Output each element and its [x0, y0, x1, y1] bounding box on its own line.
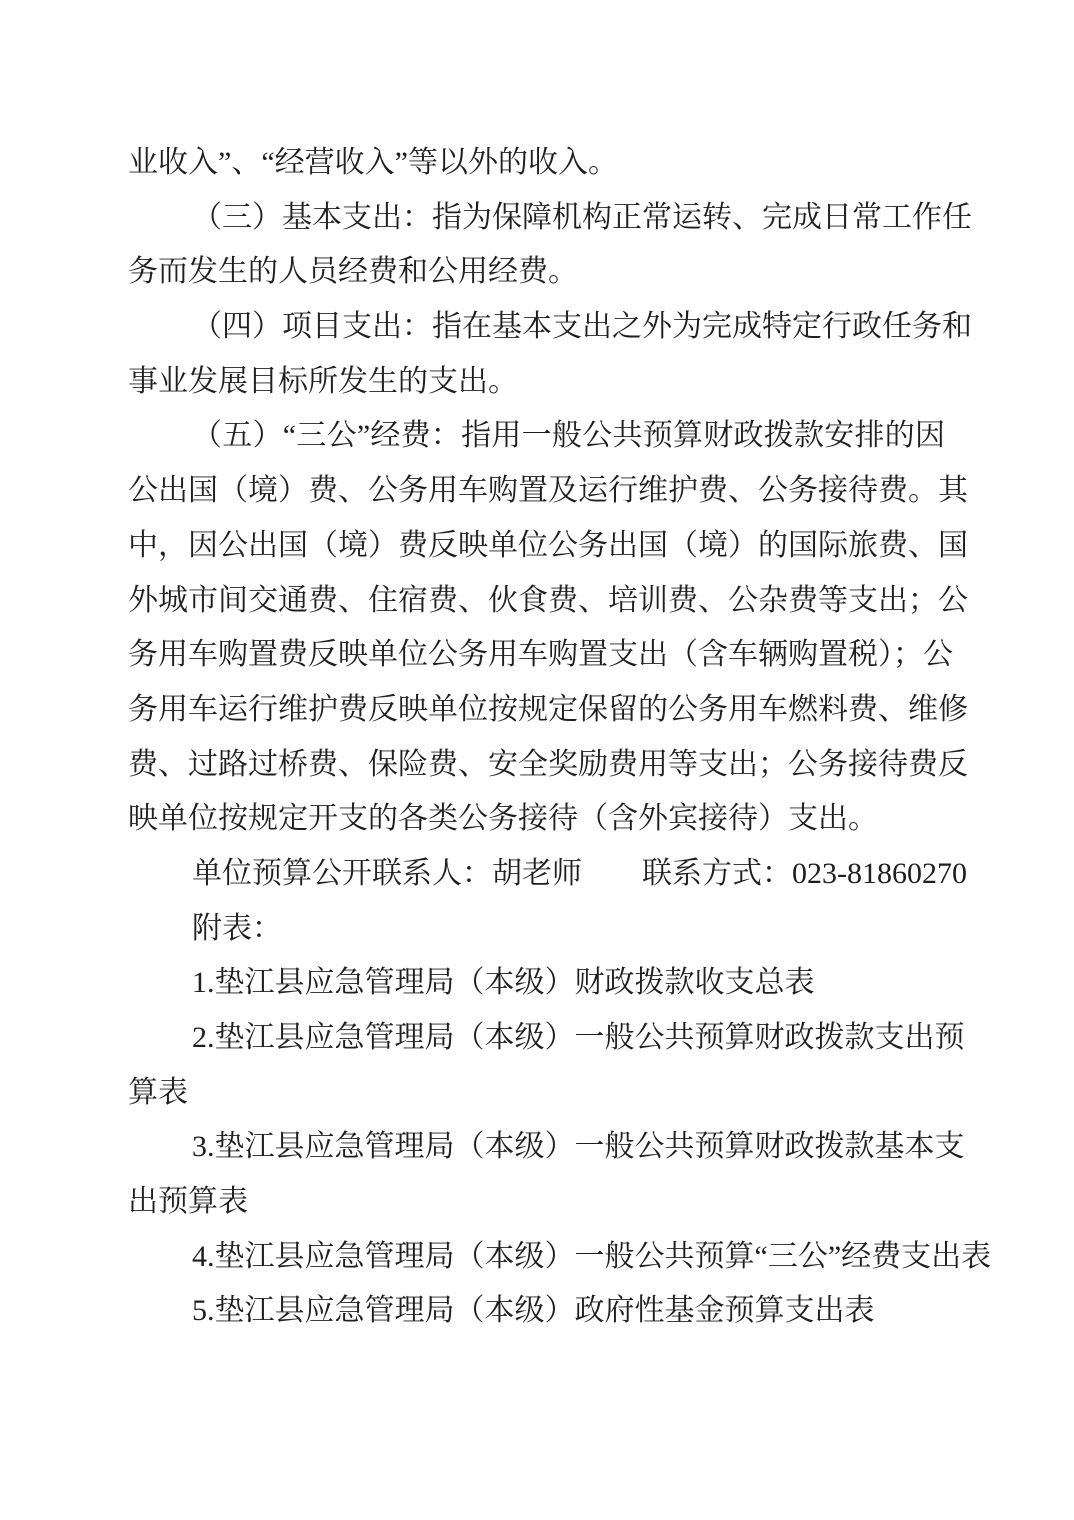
- text-line: 3.垫江县应急管理局（本级）一般公共预算财政拨款基本支: [128, 1120, 945, 1175]
- text-line: 外城市间交通费、住宿费、伙食费、培训费、公杂费等支出；公: [128, 574, 945, 629]
- text-line: （四）项目支出：指在基本支出之外为完成特定行政任务和: [128, 300, 945, 355]
- text-line: 单位预算公开联系人：胡老师 联系方式：023-81860270: [128, 847, 945, 902]
- text-line: 算表: [128, 1066, 945, 1121]
- text-line: 务而发生的人员经费和公用经费。: [128, 245, 945, 300]
- text-line: 务用车运行维护费反映单位按规定保留的公务用车燃料费、维修: [128, 683, 945, 738]
- text-line: 1.垫江县应急管理局（本级）财政拨款收支总表: [128, 956, 945, 1011]
- text-line: 2.垫江县应急管理局（本级）一般公共预算财政拨款支出预: [128, 1011, 945, 1066]
- text-line: 事业发展目标所发生的支出。: [128, 355, 945, 410]
- text-line: 业收入”、“经营收入”等以外的收入。: [128, 136, 945, 191]
- text-line: 映单位按规定开支的各类公务接待（含外宾接待）支出。: [128, 792, 945, 847]
- text-line: （五）“三公”经费：指用一般公共预算财政拨款安排的因: [128, 409, 945, 464]
- text-line: 5.垫江县应急管理局（本级）政府性基金预算支出表: [128, 1284, 945, 1339]
- text-line: （三）基本支出：指为保障机构正常运转、完成日常工作任: [128, 191, 945, 246]
- text-line: 务用车购置费反映单位公务用车购置支出（含车辆购置税）；公: [128, 628, 945, 683]
- text-line: 4.垫江县应急管理局（本级）一般公共预算“三公”经费支出表: [128, 1230, 945, 1285]
- text-line: 附表：: [128, 902, 945, 957]
- text-line: 中，因公出国（境）费反映单位公务出国（境）的国际旅费、国: [128, 519, 945, 574]
- text-line: 公出国（境）费、公务用车购置及运行维护费、公务接待费。其: [128, 464, 945, 519]
- document-page: 业收入”、“经营收入”等以外的收入。（三）基本支出：指为保障机构正常运转、完成日…: [0, 0, 1074, 1520]
- text-line: 费、过路过桥费、保险费、安全奖励费用等支出；公务接待费反: [128, 738, 945, 793]
- document-text-block: 业收入”、“经营收入”等以外的收入。（三）基本支出：指为保障机构正常运转、完成日…: [128, 136, 945, 1339]
- text-line: 出预算表: [128, 1175, 945, 1230]
